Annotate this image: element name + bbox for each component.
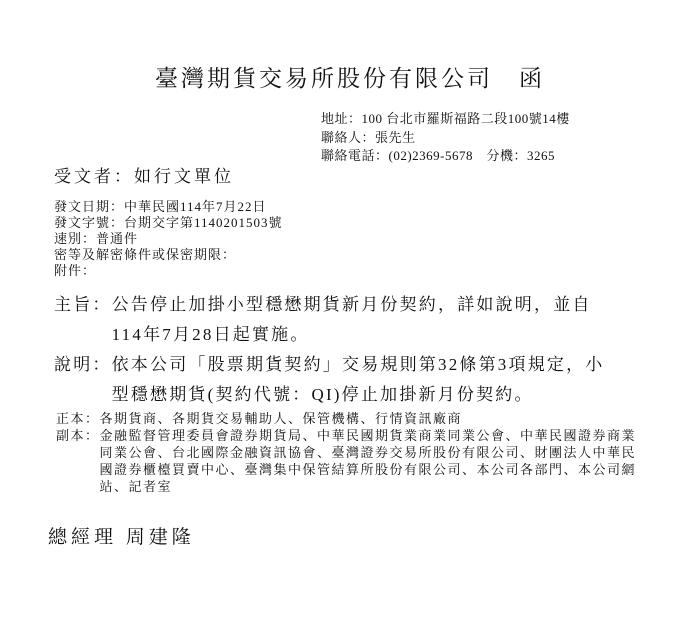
signature-line: 總經理 周建隆 [48, 522, 195, 549]
original-content: 各期貨商、各期貨交易輔助人、保管機構、行情資訊廠商 [100, 410, 463, 427]
original-label: 正本： [56, 410, 100, 427]
cc-label: 副本： [56, 427, 100, 444]
explanation-paragraph: 說明： 依本公司「股票期貨契約」交易規則第32條第3項規定，小 型穩懋期貨(契約… [54, 350, 605, 410]
cc-content: 金融監督管理委員會證券期貨局、中華民國期貨業商業同業公會、中華民國證券商業 同業… [100, 427, 637, 495]
official-letter-page: 臺灣期貨交易所股份有限公司 函 地址：100 台北市羅斯福路二段100號14樓 … [0, 0, 700, 620]
priority-line: 速別：普通件 [54, 231, 283, 247]
issue-date-line: 發文日期：中華民國114年7月22日 [54, 199, 283, 215]
document-meta-block: 發文日期：中華民國114年7月22日 發文字號：台期交字第1140201503號… [54, 199, 283, 279]
distribution-block: 正本： 各期貨商、各期貨交易輔助人、保管機構、行情資訊廠商 副本： 金融監督管理… [56, 410, 636, 495]
explanation-label: 說明： [54, 350, 112, 380]
cc-recipients-line: 副本： 金融監督管理委員會證券期貨局、中華民國期貨業商業同業公會、中華民國證券商… [56, 427, 636, 495]
explanation-content: 依本公司「股票期貨契約」交易規則第32條第3項規定，小 型穩懋期貨(契約代號：Q… [112, 350, 605, 410]
security-line: 密等及解密條件或保密期限： [54, 247, 283, 263]
address-line: 地址：100 台北市羅斯福路二段100號14樓 [321, 110, 570, 129]
subject-content: 公告停止加掛小型穩懋期貨新月份契約，詳如說明，並自 114年7月28日起實施。 [112, 290, 592, 350]
original-recipients-line: 正本： 各期貨商、各期貨交易輔助人、保管機構、行情資訊廠商 [56, 410, 636, 427]
contact-info-block: 地址：100 台北市羅斯福路二段100號14樓 聯絡人：張先生 聯絡電話：(02… [321, 110, 570, 166]
attachment-line: 附件： [54, 263, 283, 279]
contact-person-line: 聯絡人：張先生 [321, 129, 570, 148]
document-title: 臺灣期貨交易所股份有限公司 函 [0, 60, 700, 93]
recipient-line: 受文者：如行文單位 [54, 162, 234, 187]
doc-number-line: 發文字號：台期交字第1140201503號 [54, 215, 283, 231]
subject-label: 主旨： [54, 290, 112, 320]
subject-paragraph: 主旨： 公告停止加掛小型穩懋期貨新月份契約，詳如說明，並自 114年7月28日起… [54, 290, 592, 350]
contact-phone-line: 聯絡電話：(02)2369-5678 分機：3265 [321, 147, 570, 166]
